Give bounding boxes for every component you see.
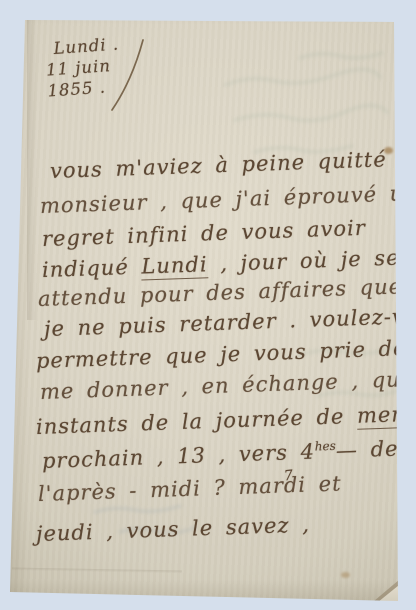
superscript-heures-abbreviation: hes: [315, 439, 336, 454]
photo-background: Lundi . 11 juin 1855 . vous m'aviez à pe…: [0, 0, 416, 610]
curled-corner-bottom-right: [374, 578, 398, 601]
line-4-text: indiqué: [42, 255, 142, 282]
letter-sheet: Lundi . 11 juin 1855 . vous m'aviez à pe…: [0, 0, 416, 610]
date-heading: Lundi . 11 juin 1855 .: [44, 33, 123, 101]
underlined-word-mercredi: mercredi: [357, 400, 416, 430]
underlined-word-lundi: Lundi: [141, 252, 208, 280]
line-10-text-end: — de: [335, 437, 398, 463]
